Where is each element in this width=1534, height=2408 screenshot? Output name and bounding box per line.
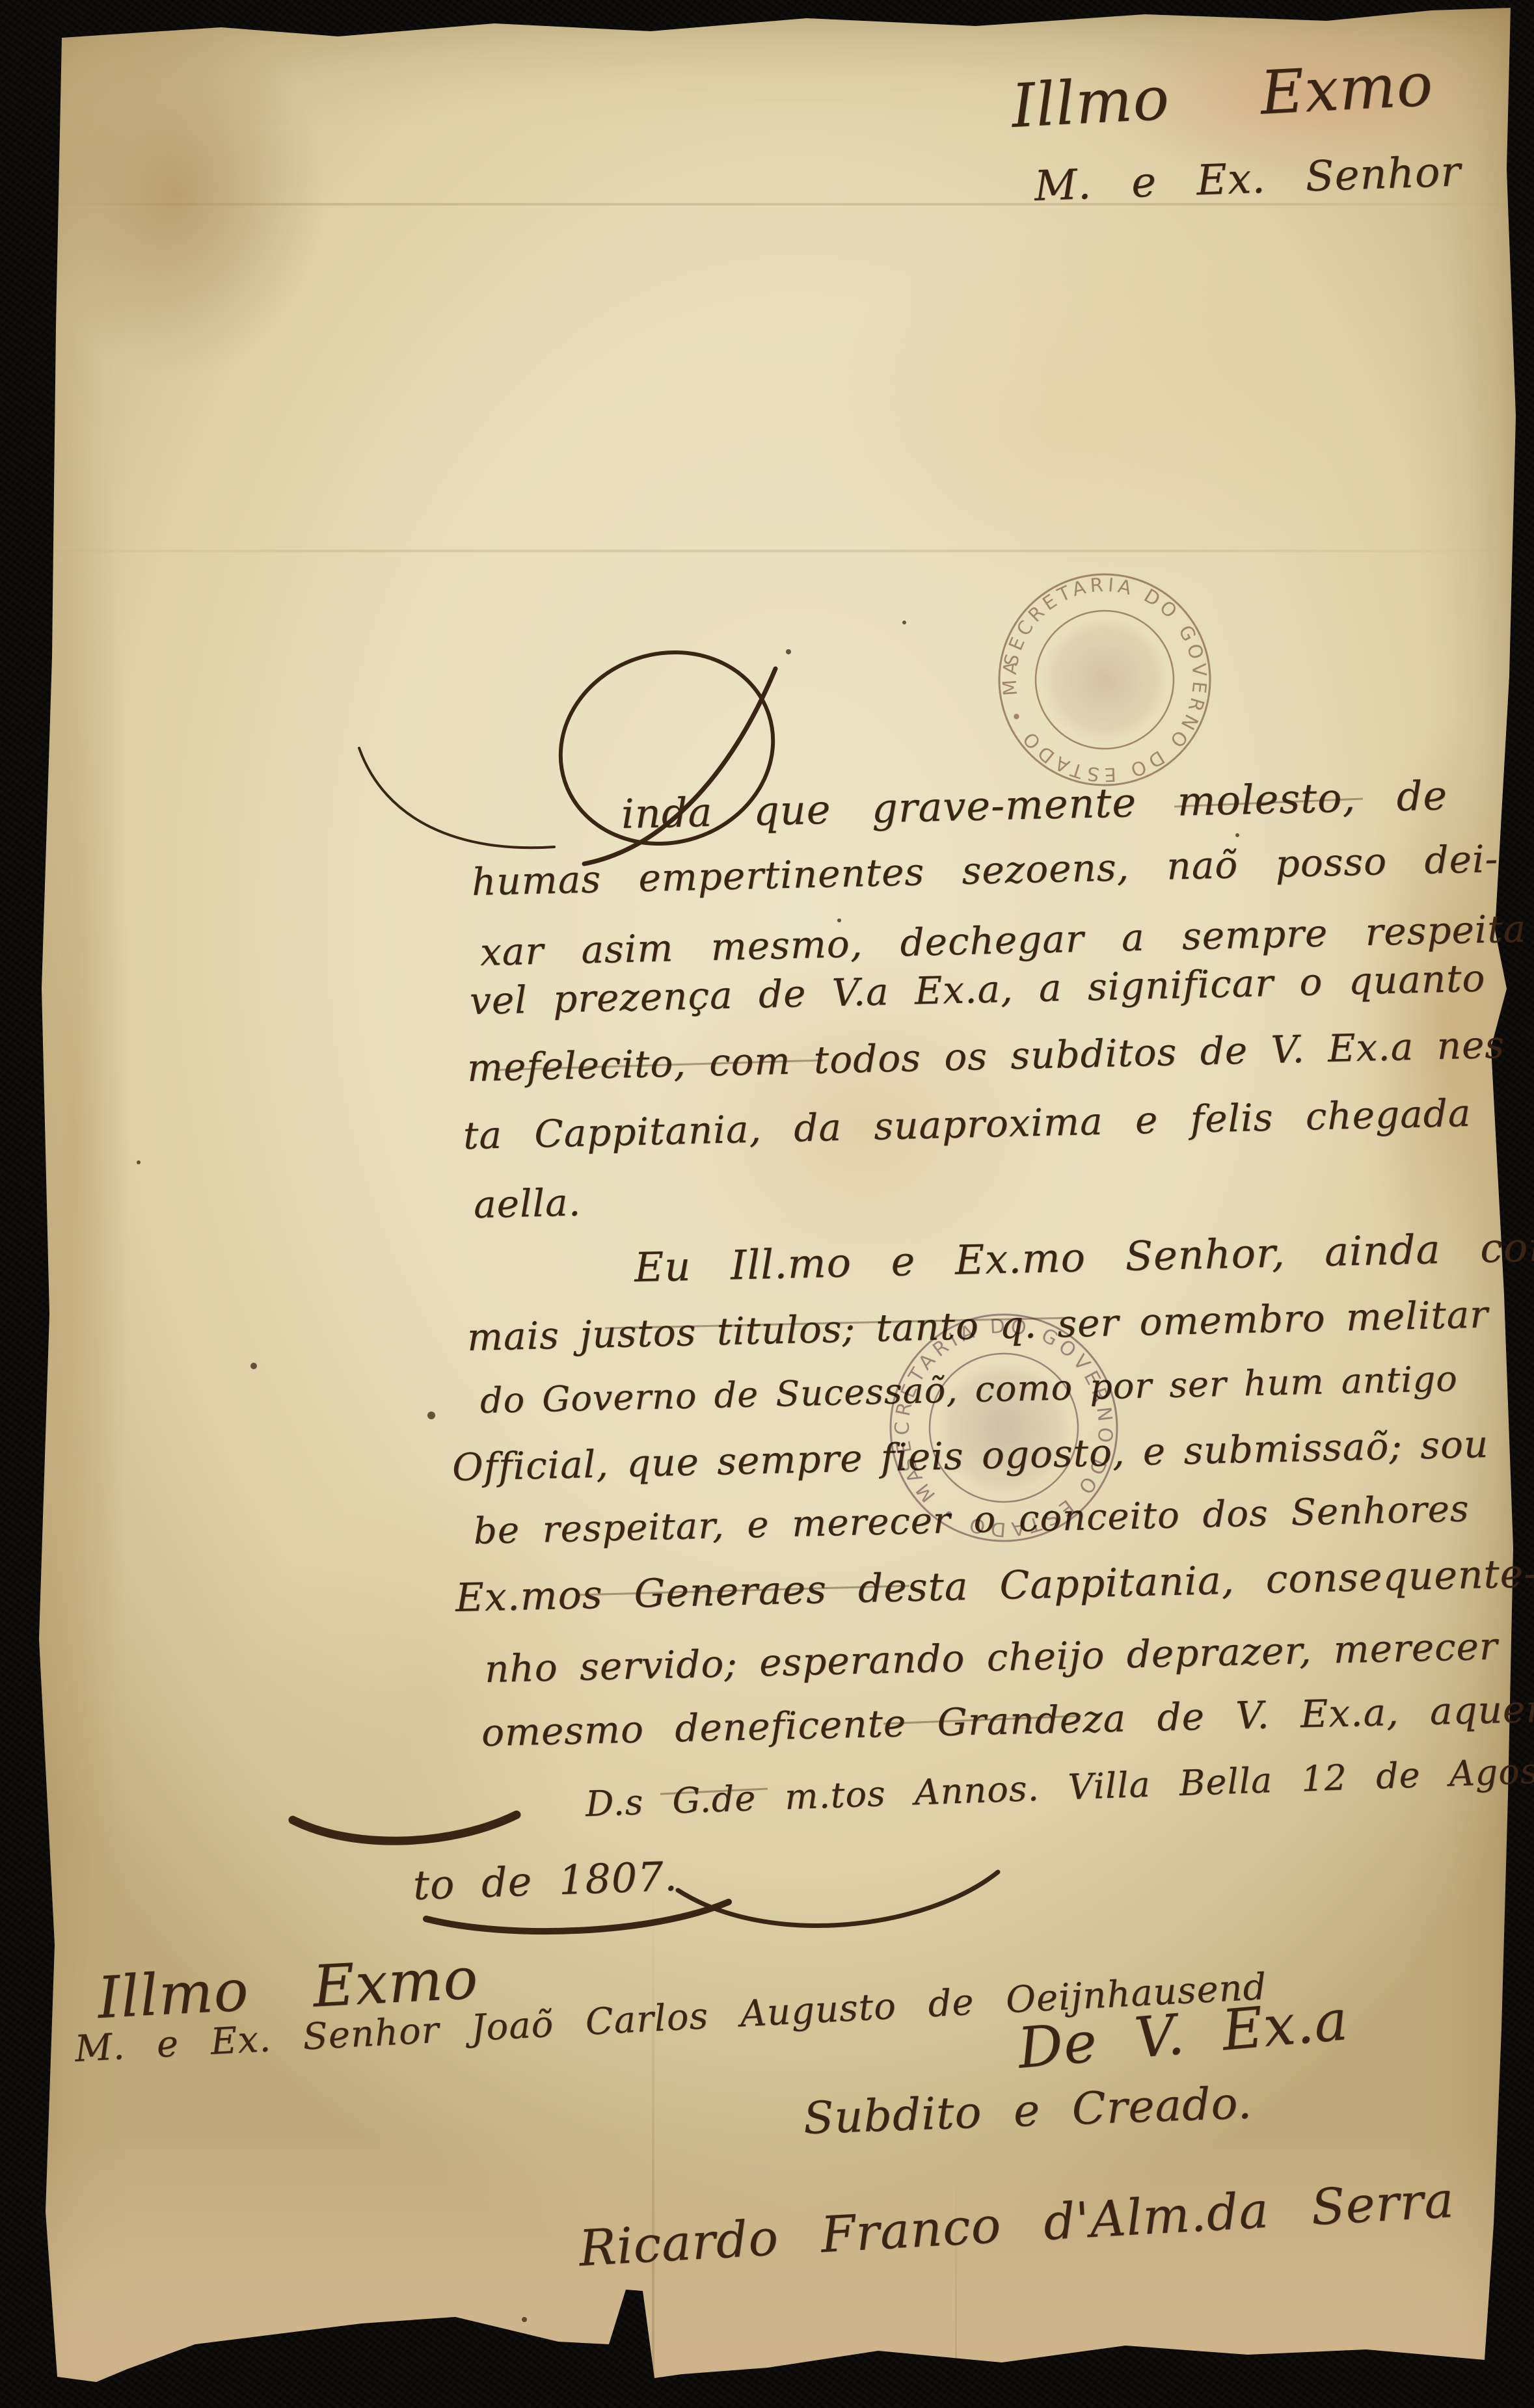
- stain: [26, 13, 325, 377]
- stamp-emblem: [1034, 609, 1176, 751]
- crease-line: [0, 550, 1534, 552]
- stamp-emblem: [915, 1339, 1092, 1516]
- body-line: to de 1807.: [412, 1853, 679, 1909]
- crease-line: [652, 1873, 654, 2408]
- government-stamp: SECRETARIA DO GOVERNO DO ESTADO • MATTO …: [883, 1307, 1124, 1548]
- stain: [813, 228, 1334, 618]
- stain: [20, 260, 130, 2016]
- body-line: aella.: [473, 1180, 582, 1227]
- photograph-scene: Illmo Exmo M. e Ex. Senhor inda que grav…: [0, 0, 1534, 2408]
- crease-line: [955, 2160, 957, 2408]
- crease-line: [0, 203, 1534, 206]
- government-stamp: SECRETARIA DO GOVERNO DO ESTADO • MATTO …: [994, 569, 1215, 790]
